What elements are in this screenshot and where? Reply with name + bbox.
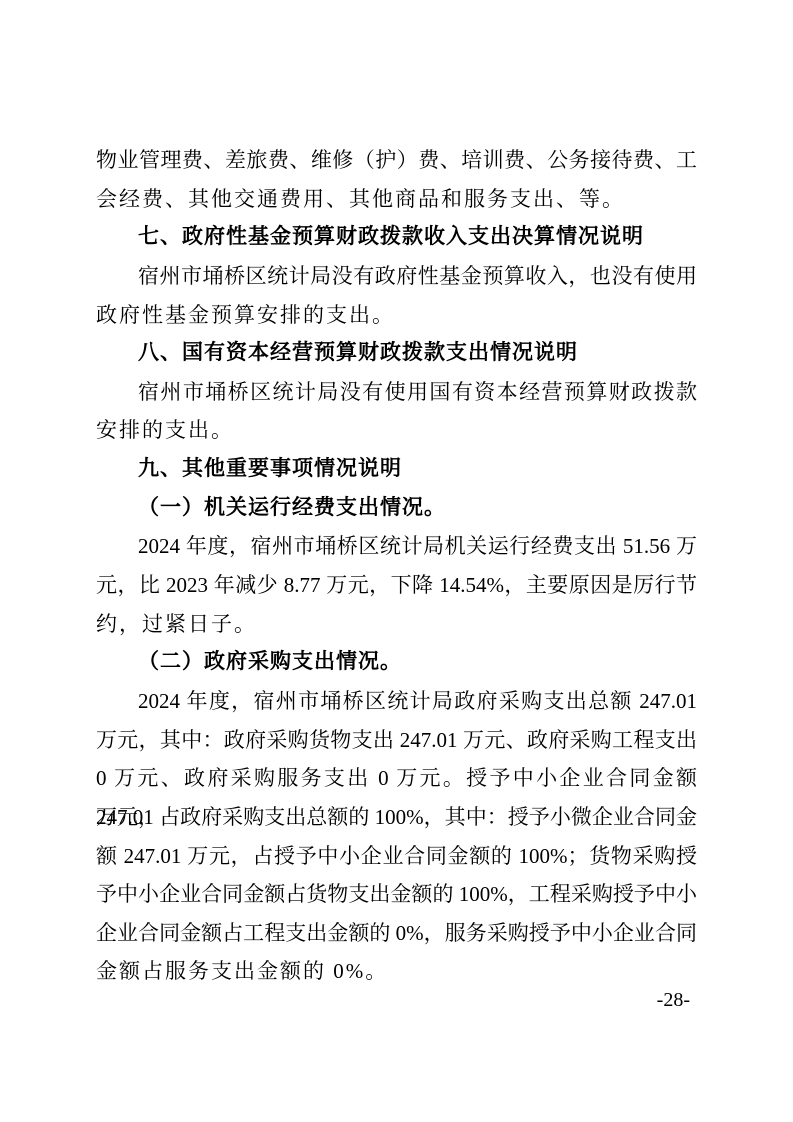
operating-expense-para-line-1: 2024 年度，宿州市埇桥区统计局机关运行经费支出 51.56 万 — [96, 527, 697, 566]
section-8-heading: 八、国有资本经营预算财政拨款支出情况说明 — [96, 334, 697, 373]
gov-procurement-para-line-3: 0 万元、政府采购服务支出 0 万元。授予中小企业合同金额 247.01 — [96, 759, 697, 798]
section-7-para-line-2: 政府性基金预算安排的支出。 — [96, 296, 697, 335]
gov-procurement-para-line-6: 予中小企业合同金额占货物支出金额的 100%，工程采购授予中小 — [96, 875, 697, 914]
section-8-para-line-2: 安排的支出。 — [96, 411, 697, 450]
page-number: -28- — [657, 985, 690, 1015]
section-7-heading: 七、政府性基金预算财政拨款收入支出决算情况说明 — [96, 218, 697, 257]
section-7-para-line-1: 宿州市埇桥区统计局没有政府性基金预算收入，也没有使用 — [96, 257, 697, 296]
expense-items-para-line-2: 会经费、其他交通费用、其他商品和服务支出、等。 — [96, 180, 697, 219]
page-content: 物业管理费、差旅费、维修（护）费、培训费、公务接待费、工 会经费、其他交通费用、… — [96, 141, 697, 991]
gov-procurement-para-line-1: 2024 年度，宿州市埇桥区统计局政府采购支出总额 247.01 — [96, 682, 697, 721]
operating-expense-para-line-2: 元，比 2023 年减少 8.77 万元，下降 14.54%，主要原因是厉行节 — [96, 566, 697, 605]
section-9-sub-2-heading: （二）政府采购支出情况。 — [96, 643, 697, 682]
operating-expense-para-line-3: 约，过紧日子。 — [96, 605, 697, 644]
section-9-heading: 九、其他重要事项情况说明 — [96, 450, 697, 489]
section-9-sub-1-heading: （一）机关运行经费支出情况。 — [96, 489, 697, 528]
gov-procurement-para-line-2: 万元，其中：政府采购货物支出 247.01 万元、政府采购工程支出 — [96, 721, 697, 760]
gov-procurement-para-line-4: 万元，占政府采购支出总额的 100%，其中：授予小微企业合同金 — [96, 798, 697, 837]
gov-procurement-para-line-5: 额 247.01 万元，占授予中小企业合同金额的 100%；货物采购授 — [96, 837, 697, 876]
gov-procurement-para-line-8: 金额占服务支出金额的 0%。 — [96, 952, 697, 991]
section-8-para-line-1: 宿州市埇桥区统计局没有使用国有资本经营预算财政拨款 — [96, 373, 697, 412]
document-page: 物业管理费、差旅费、维修（护）费、培训费、公务接待费、工 会经费、其他交通费用、… — [0, 0, 793, 1122]
expense-items-para-line-1: 物业管理费、差旅费、维修（护）费、培训费、公务接待费、工 — [96, 141, 697, 180]
gov-procurement-para-line-7: 企业合同金额占工程支出金额的 0%，服务采购授予中小企业合同 — [96, 914, 697, 953]
